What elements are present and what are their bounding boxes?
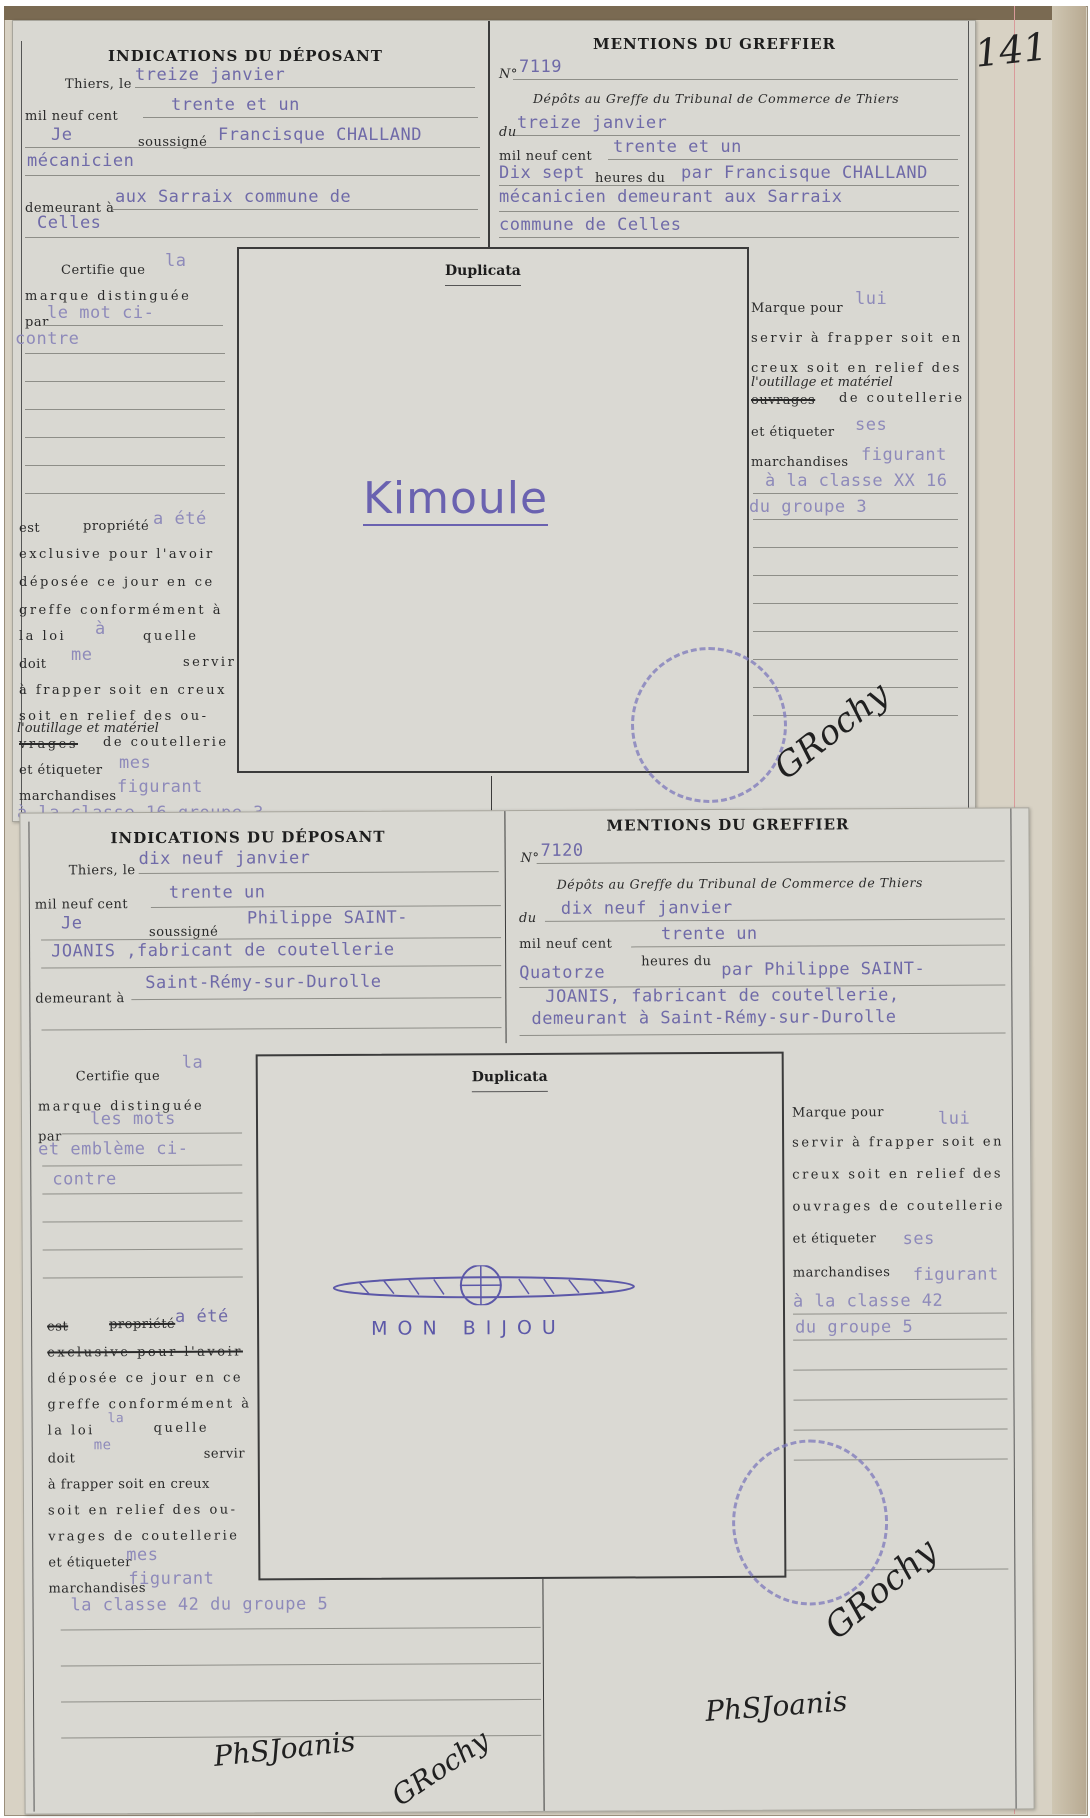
address-value: Saint-Rémy-sur-Durolle [145, 972, 381, 993]
date-value: treize janvier [517, 113, 667, 133]
la-loi-value: à [95, 619, 106, 639]
par-value-2: et emblème ci- [38, 1139, 188, 1160]
marchandises-value: figurant [117, 777, 203, 797]
par-value-3: contre [52, 1169, 117, 1189]
rule [499, 185, 959, 186]
rule [113, 209, 478, 210]
deposee-label: déposée ce jour en ce [47, 1370, 243, 1386]
rule [753, 547, 958, 548]
marchandises-value: figurant [861, 445, 947, 465]
rule [537, 860, 1005, 863]
depots-label: Dépôts au Greffe du Tribunal de Commerce… [533, 91, 899, 106]
rule [753, 603, 958, 604]
rule [43, 1220, 243, 1222]
rule [25, 465, 225, 466]
trademark-kimoule: Kimoule [363, 473, 548, 526]
etiqueter-value: mes [119, 753, 151, 773]
rule [608, 159, 958, 160]
je-value: Je [61, 913, 83, 933]
quelle-label: quelle [154, 1421, 209, 1436]
heures-value: Quatorze [519, 963, 605, 983]
rule [25, 381, 225, 382]
duplicata-title: Duplicata [472, 1069, 548, 1092]
profession-value: mécanicien [27, 151, 134, 171]
rule [25, 353, 225, 354]
du-label: du [519, 911, 537, 926]
column-divider [542, 1573, 544, 1811]
rule [143, 117, 478, 118]
deposant-signature: PhSJoanis [212, 1725, 357, 1773]
left-border [28, 822, 34, 1812]
classe-value-1: à la classe XX 16 [765, 471, 948, 491]
rule [753, 659, 958, 660]
rule [793, 1398, 1007, 1400]
marque-label: marque distinguée [25, 289, 191, 304]
rule [794, 1428, 1008, 1430]
rule [139, 871, 499, 874]
coutellerie-label: de coutellerie [103, 735, 229, 750]
marque-label: Marque pour [792, 1105, 884, 1120]
trademark-form-7120: INDICATIONS DU DÉPOSANT Thiers, le dix n… [19, 807, 1034, 1814]
par-value-1: les mots [90, 1109, 176, 1129]
depots-label: Dépôts au Greffe du Tribunal de Commerce… [557, 875, 923, 892]
name-value-2: JOANIS ,fabricant de coutellerie [51, 940, 395, 962]
classe-value-1: à la classe 42 [793, 1291, 943, 1312]
frapper-label: à frapper soit en creux [48, 1477, 210, 1493]
left-border [21, 41, 22, 821]
etiqueter-label: et étiqueter [19, 763, 103, 778]
mil-neuf-cent-label: mil neuf cent [25, 109, 118, 124]
doit-label: doit [48, 1451, 76, 1466]
heures-value: Dix sept [499, 163, 585, 183]
year-value: trente un [169, 882, 266, 903]
deposant-heading: INDICATIONS DU DÉPOSANT [110, 828, 385, 847]
heures-label: heures du [595, 171, 665, 186]
year-value: trente et un [171, 95, 300, 115]
par-value-3: demeurant à Saint-Rémy-sur-Durolle [531, 1007, 896, 1029]
heures-label: heures du [641, 954, 711, 969]
ledger-top-edge [4, 6, 1086, 20]
ledger-edge [1052, 6, 1086, 1814]
name-value: Philippe SAINT- [247, 908, 408, 929]
propriete-label: propriété [83, 519, 149, 534]
greffe-label: greffe conformément à [47, 1396, 251, 1412]
marque-value: lui [938, 1109, 970, 1129]
name-value: Francisque CHALLAND [218, 125, 422, 145]
du-label: du [499, 125, 517, 140]
propriete-value: a été [153, 509, 207, 529]
rule [25, 147, 480, 148]
etiqueter-label: et étiqueter [793, 1231, 877, 1246]
servir-label: servir à frapper soit en [792, 1135, 1004, 1151]
thiers-le-label: Thiers, le [65, 77, 132, 92]
marchandises-value: figurant [128, 1569, 214, 1589]
greffier-heading: MENTIONS DU GREFFIER [593, 35, 836, 53]
date-value: dix neuf janvier [561, 898, 733, 919]
certifie-label: Certifie que [61, 263, 145, 278]
greffe-label: greffe conformément à [19, 603, 223, 618]
trademark-mon-bijou: MON BIJOU [371, 1317, 566, 1340]
trademark-emblem-icon [329, 1264, 639, 1306]
etiqueter-value: mes [126, 1545, 158, 1565]
folio-number: 141 [973, 24, 1050, 75]
rule [25, 409, 225, 410]
rule [753, 631, 958, 632]
rule [753, 519, 958, 520]
mil-neuf-cent-label: mil neuf cent [35, 897, 128, 912]
rule [61, 1699, 541, 1703]
certifie-label: Certifie que [76, 1069, 160, 1084]
rule [42, 1164, 242, 1166]
rule [42, 1192, 242, 1194]
date-value: treize janvier [135, 65, 285, 85]
je-value: Je [51, 125, 72, 145]
right-border [968, 21, 969, 821]
year-value: trente et un [613, 137, 742, 157]
par-value-3: commune de Celles [499, 215, 682, 235]
ouvrages-label: ouvrages [751, 393, 815, 408]
duplicata-box: Duplicata MON BIJOU [256, 1052, 787, 1581]
rule [499, 211, 959, 212]
marchandises-label: marchandises [19, 789, 117, 804]
address-value-1: aux Sarraix commune de [115, 187, 351, 207]
coutellerie-label: de coutellerie [839, 391, 965, 406]
par-value-1: par Francisque CHALLAND [681, 163, 928, 183]
mil-neuf-cent-label: mil neuf cent [499, 149, 592, 164]
vrages-label: vrages de coutellerie [48, 1529, 239, 1545]
rule [631, 944, 1005, 947]
par-value-2: JOANIS, fabricant de coutellerie, [545, 985, 899, 1007]
date-value: dix neuf janvier [139, 848, 311, 869]
column-divider [504, 811, 506, 1043]
doit-value: me [71, 645, 92, 665]
rule [62, 1132, 242, 1134]
tribunal-stamp [631, 647, 787, 803]
etiqueter-label: et étiqueter [751, 425, 835, 440]
relief-label: soit en relief des ou- [48, 1503, 238, 1519]
servir-label: servir [183, 655, 236, 670]
frapper-label: à frapper soit en creux [19, 683, 227, 698]
numero-value: 7119 [519, 57, 562, 77]
rule [793, 1368, 1007, 1370]
rule [753, 493, 958, 494]
la-loi-label: la loi [19, 629, 66, 644]
column-divider [488, 21, 490, 251]
la-loi-label: la loi [48, 1423, 95, 1438]
deposee-label: déposée ce jour en ce [19, 575, 215, 590]
vrages-label: vrages [19, 737, 78, 752]
rule [43, 325, 223, 326]
creux-label: creux soit en relief des [792, 1167, 1003, 1183]
rule [793, 1338, 1007, 1340]
rule [545, 918, 1005, 921]
handwritten-correction: l'outillage et matériel [751, 375, 893, 390]
etiqueter-value: ses [855, 415, 887, 435]
etiqueter-label: et étiqueter [48, 1555, 132, 1570]
certifie-value: la [182, 1053, 204, 1073]
soussigne-label: soussigné [149, 925, 218, 940]
servir-label: servir à frapper soit en [751, 331, 963, 346]
marchandises-label: marchandises [751, 455, 849, 470]
rule [42, 1027, 502, 1030]
classe-value: la classe 42 du groupe 5 [70, 1594, 328, 1615]
rule [499, 237, 959, 238]
rule [41, 965, 501, 968]
year-value: trente un [661, 924, 758, 945]
rule [520, 1032, 1006, 1036]
address-value-2: Celles [37, 213, 101, 233]
marchandises-value: figurant [913, 1265, 999, 1285]
classe-value-2: du groupe 5 [795, 1317, 913, 1338]
exclusive-label: exclusive pour l'avoir [19, 547, 215, 562]
rule [61, 1627, 541, 1631]
rule [753, 575, 958, 576]
rule [43, 1276, 243, 1278]
trademark-form-7119: INDICATIONS DU DÉPOSANT Thiers, le treiz… [12, 20, 976, 822]
la-loi-value: la [108, 1411, 125, 1426]
rule [25, 175, 480, 176]
rule [25, 437, 225, 438]
par-value-1: par Philippe SAINT- [721, 959, 925, 980]
deposant-signature: PhSJoanis [704, 1684, 848, 1728]
deposant-heading: INDICATIONS DU DÉPOSANT [108, 47, 383, 65]
doit-value: me [94, 1437, 112, 1453]
numero-value: 7120 [541, 841, 584, 861]
right-border [1010, 808, 1016, 1808]
creux-label: creux soit en relief des [751, 361, 962, 376]
par-value-1: le mot ci- [47, 303, 154, 323]
thiers-le-label: Thiers, le [69, 863, 136, 878]
servir-label: servir [204, 1446, 245, 1461]
handwritten-correction: l'outillage et matériel [17, 721, 159, 736]
marque-label: Marque pour [751, 301, 843, 316]
marchandises-label: marchandises [793, 1265, 891, 1281]
demeurant-label: demeurant à [35, 991, 124, 1006]
est-label: est [47, 1319, 68, 1334]
rule [61, 1663, 541, 1667]
exclusive-label: exclusive pour l'avoir [47, 1344, 243, 1360]
par-label: par [25, 315, 49, 330]
greffier-signature: GRochy [386, 1723, 495, 1812]
rule [515, 135, 960, 136]
doit-label: doit [19, 657, 47, 672]
etiqueter-value: ses [903, 1229, 935, 1249]
par-value-2: mécanicien demeurant aux Sarraix [499, 187, 843, 207]
par-value-2: contre [15, 329, 79, 349]
rule [135, 87, 475, 88]
est-label: est [19, 521, 40, 536]
rule [25, 493, 225, 494]
mil-neuf-cent-label: mil neuf cent [519, 937, 612, 952]
rule [131, 997, 501, 1000]
rule [43, 1248, 243, 1250]
propriete-value: a été [175, 1307, 229, 1327]
rule [25, 237, 480, 238]
propriete-label: propriété [109, 1317, 175, 1332]
marque-value: lui [855, 289, 887, 309]
greffier-heading: MENTIONS DU GREFFIER [606, 815, 849, 834]
rule [793, 1312, 1007, 1314]
ouvrages-label: ouvrages de coutellerie [792, 1198, 1005, 1214]
duplicata-title: Duplicata [445, 263, 521, 286]
certifie-value: la [165, 251, 186, 271]
quelle-label: quelle [143, 629, 198, 644]
rule [513, 79, 958, 80]
classe-value-2: du groupe 3 [749, 497, 867, 517]
